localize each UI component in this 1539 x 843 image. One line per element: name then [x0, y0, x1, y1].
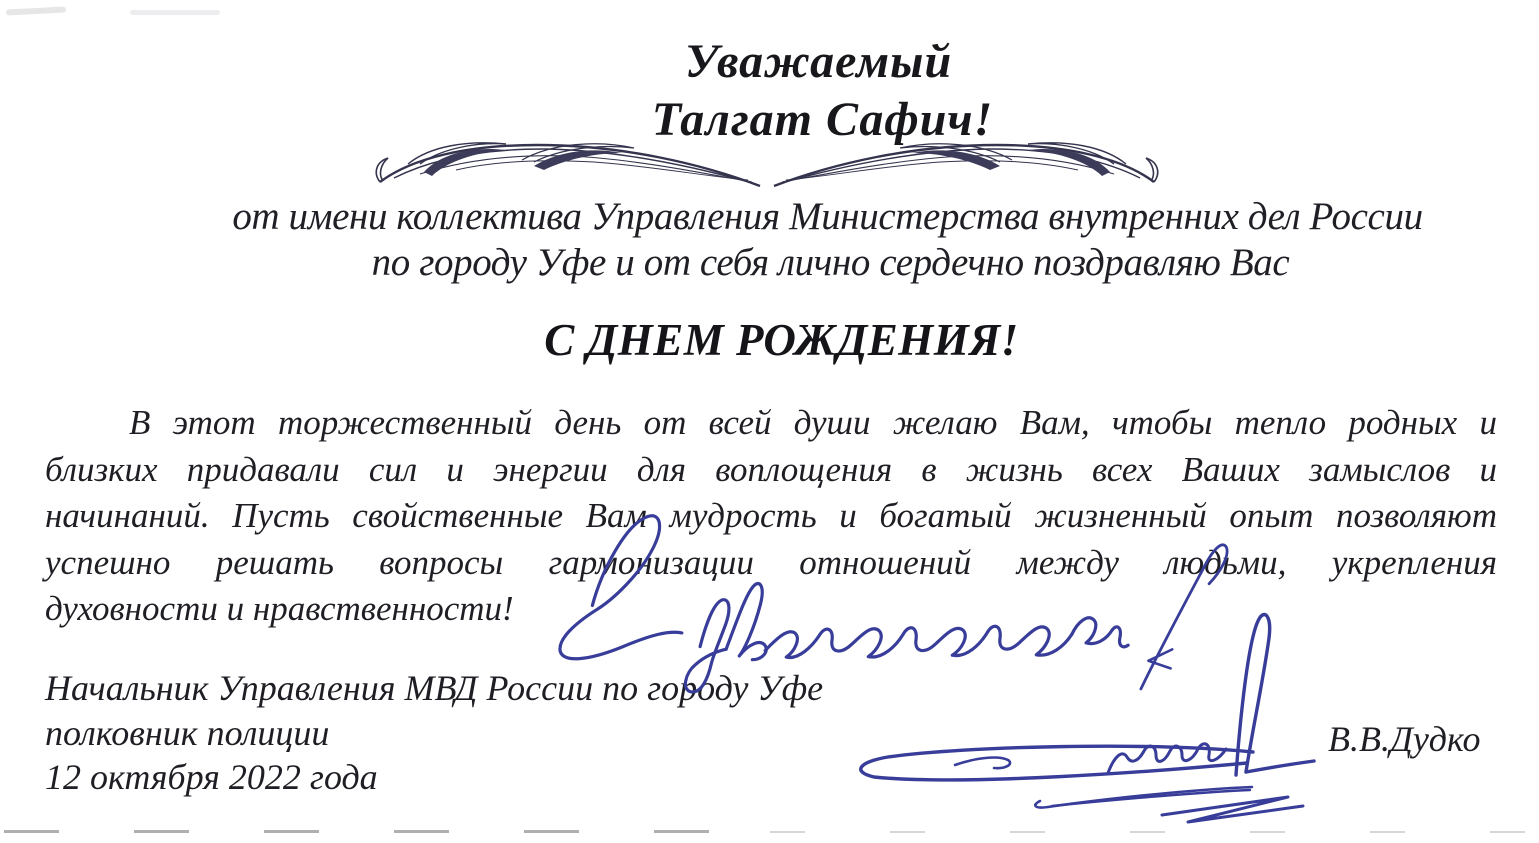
scan-smudge	[6, 6, 66, 15]
signer-title-line-2: полковник полиции	[45, 711, 823, 756]
intro-line-1: от имени коллектива Управления Министерс…	[58, 194, 1539, 239]
intro-line-2: по городу Уфе и от себя лично сердечно п…	[61, 240, 1539, 285]
signer-name: В.В.Дудко	[1328, 718, 1480, 760]
greeting-letter-document: Уважаемый Талгат Сафич! от имени коллект…	[0, 0, 1539, 843]
scan-artifact-line	[4, 830, 764, 833]
letter-date: 12 октября 2022 года	[45, 755, 823, 800]
flourish-ornament-icon	[372, 136, 1162, 196]
body-line: духовности и нравственности!	[45, 586, 1497, 633]
body-line: начинаний. Пусть свойственные Вам мудрос…	[45, 493, 1497, 540]
salutation-line-1: Уважаемый	[49, 34, 1539, 89]
scan-smudge	[130, 10, 220, 15]
scan-artifact-line	[770, 831, 1530, 833]
signer-title-line-1: Начальник Управления МВД России по город…	[45, 666, 823, 711]
body-line: успешно решать вопросы гармонизации отно…	[45, 540, 1497, 587]
autograph-strokes	[861, 615, 1314, 822]
body-line: близких придавали сил и энергии для вопл…	[45, 447, 1497, 494]
body-paragraph: В этот торжественный день от всей души ж…	[45, 400, 1497, 633]
body-line: В этот торжественный день от всей души ж…	[45, 400, 1497, 447]
headline-birthday: С ДНЕМ РОЖДЕНИЯ!	[12, 314, 1539, 366]
signer-block: Начальник Управления МВД России по город…	[45, 666, 823, 800]
